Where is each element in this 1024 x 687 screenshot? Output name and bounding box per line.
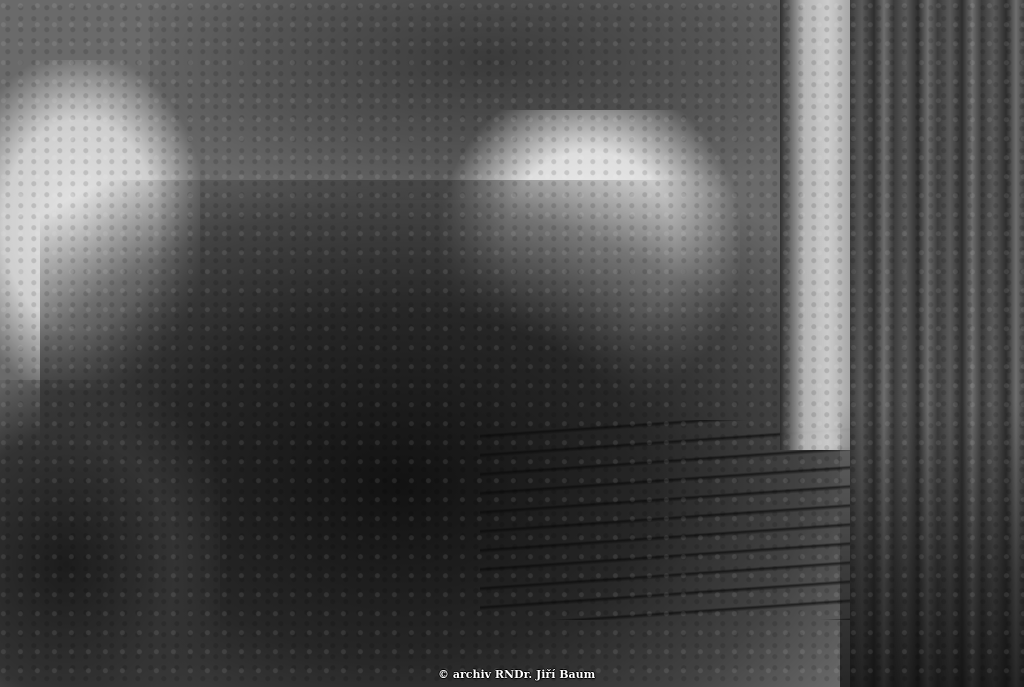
- photograph: © archiv RNDr. Jiří Baum: [0, 0, 1024, 687]
- copyright-watermark: © archiv RNDr. Jiří Baum: [438, 668, 595, 681]
- film-grain: [0, 0, 1024, 687]
